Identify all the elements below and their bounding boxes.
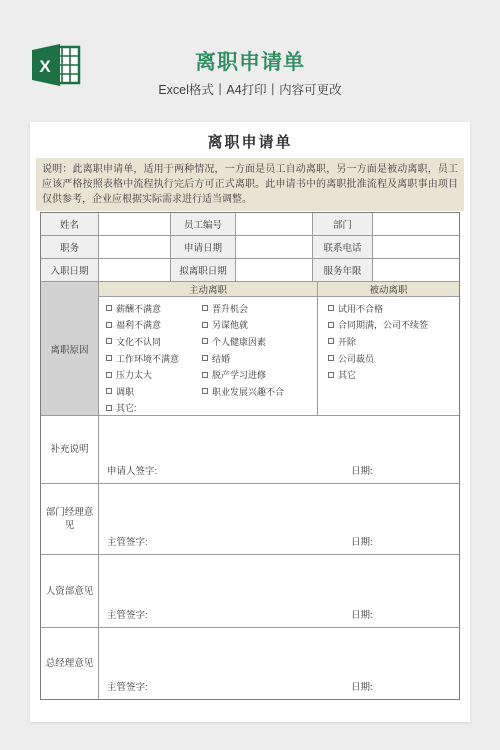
dept-manager-section: 部门经理意见 主管签字: 日期:	[41, 484, 459, 555]
field-value-hire-date[interactable]	[99, 259, 171, 281]
passive-reasons: 试用不合格 合同期满，公司不续签 开除 公司裁员 其它	[318, 297, 459, 416]
field-value-phone[interactable]	[373, 236, 459, 258]
reason-label: 压力太大	[116, 368, 152, 381]
reason-label: 晋升机会	[212, 302, 248, 315]
date-label: 日期:	[351, 679, 373, 693]
active-reasons: 薪酬不满意 福利不满意 文化不认同 工作环境不满意 压力太大 调职 其它: 晋升…	[99, 297, 318, 416]
reason-checkbox-layoff[interactable]: 公司裁员	[328, 350, 459, 367]
reason-checkbox-other-passive[interactable]: 其它	[328, 366, 459, 383]
supervisor-sign-label: 主管签字:	[107, 534, 148, 548]
field-label-hire-date: 入职日期	[41, 259, 99, 281]
info-row: 入职日期 拟离职日期 服务年限	[41, 259, 459, 282]
field-label-position: 职务	[41, 236, 99, 258]
dept-manager-comment-area[interactable]: 主管签字: 日期:	[99, 484, 459, 554]
passive-resign-header: 被动离职	[318, 282, 459, 296]
supervisor-sign-label: 主管签字:	[107, 607, 148, 621]
checkbox-icon	[328, 305, 334, 311]
checkbox-icon	[328, 355, 334, 361]
reason-label: 另谋他就	[212, 318, 248, 331]
reason-checkbox-salary[interactable]: 薪酬不满意	[106, 300, 201, 317]
page-header: X 离职申请单 Excel格式丨A4打印丨内容可更改	[0, 0, 500, 122]
resignation-form-table: 姓名 员工编号 部门 职务 申请日期 联系电话 入职日期 拟离职日期 服务年限 …	[40, 212, 460, 700]
checkbox-icon	[202, 322, 208, 328]
checkbox-icon	[202, 355, 208, 361]
reason-label: 工作环境不满意	[116, 352, 179, 365]
supplement-label: 补充说明	[41, 416, 99, 483]
checkbox-icon	[202, 388, 208, 394]
checkbox-icon	[106, 305, 112, 311]
reason-checkbox-environment[interactable]: 工作环境不满意	[106, 350, 201, 367]
checkbox-icon	[202, 338, 208, 344]
field-label-name: 姓名	[41, 213, 99, 235]
checkbox-icon	[106, 322, 112, 328]
applicant-sign-label: 申请人签字:	[107, 463, 157, 477]
hr-dept-section: 人资部意见 主管签字: 日期:	[41, 555, 459, 628]
reason-checkbox-dismissal[interactable]: 开除	[328, 333, 459, 350]
field-label-planned-leave-date: 拟离职日期	[171, 259, 236, 281]
form-title: 离职申请单	[30, 131, 470, 152]
field-value-employee-id[interactable]	[236, 213, 313, 235]
reason-checkbox-career-mismatch[interactable]: 职业发展兴趣不合	[202, 383, 317, 400]
date-label: 日期:	[351, 534, 373, 548]
reason-checkbox-other-active[interactable]: 其它:	[106, 400, 201, 417]
hr-dept-label: 人资部意见	[41, 555, 99, 627]
reason-label: 文化不认同	[116, 335, 161, 348]
general-manager-comment-area[interactable]: 主管签字: 日期:	[99, 628, 459, 699]
field-value-service-years[interactable]	[373, 259, 459, 281]
checkbox-icon	[328, 338, 334, 344]
reason-checkbox-contract-expire[interactable]: 合同期满，公司不续签	[328, 317, 459, 334]
supplement-comment-area[interactable]: 申请人签字: 日期:	[99, 416, 459, 483]
reason-checkbox-transfer[interactable]: 调职	[106, 383, 201, 400]
reason-label: 个人健康因素	[212, 335, 266, 348]
note-box: 说明：此离职申请单，适用于两种情况，一方面是员工自动离职，另一方面是被动离职，员…	[36, 158, 464, 211]
checkbox-icon	[328, 322, 334, 328]
field-value-apply-date[interactable]	[236, 236, 313, 258]
supervisor-sign-label: 主管签字:	[107, 679, 148, 693]
reason-label: 职业发展兴趣不合	[212, 385, 284, 398]
reason-checkbox-benefits[interactable]: 福利不满意	[106, 317, 201, 334]
checkbox-icon	[328, 372, 334, 378]
reason-checkbox-promotion[interactable]: 晋升机会	[202, 300, 317, 317]
checkbox-icon	[106, 338, 112, 344]
field-value-department[interactable]	[373, 213, 459, 235]
active-resign-header: 主动离职	[99, 282, 318, 296]
field-label-phone: 联系电话	[313, 236, 373, 258]
field-label-apply-date: 申请日期	[171, 236, 236, 258]
info-row: 姓名 员工编号 部门	[41, 213, 459, 236]
info-row: 职务 申请日期 联系电话	[41, 236, 459, 259]
hr-dept-comment-area[interactable]: 主管签字: 日期:	[99, 555, 459, 627]
reason-label: 其它:	[116, 401, 137, 414]
general-manager-label: 总经理意见	[41, 628, 99, 699]
reason-row-label: 离职原因	[41, 282, 99, 415]
reason-label: 试用不合格	[338, 302, 383, 315]
supplement-section: 补充说明 申请人签字: 日期:	[41, 416, 459, 484]
reason-label: 结婚	[212, 352, 230, 365]
reason-label: 调职	[116, 385, 134, 398]
checkbox-icon	[106, 355, 112, 361]
reason-label: 脱产学习进修	[212, 368, 266, 381]
checkbox-icon	[202, 305, 208, 311]
reason-label: 其它	[338, 368, 356, 381]
reason-label: 薪酬不满意	[116, 302, 161, 315]
reason-label: 福利不满意	[116, 318, 161, 331]
reason-label: 合同期满，公司不续签	[338, 318, 428, 331]
reason-checkbox-health[interactable]: 个人健康因素	[202, 333, 317, 350]
reason-checkbox-new-job[interactable]: 另谋他就	[202, 317, 317, 334]
field-value-name[interactable]	[99, 213, 171, 235]
field-label-department: 部门	[313, 213, 373, 235]
field-label-service-years: 服务年限	[313, 259, 373, 281]
reason-label: 公司裁员	[338, 352, 374, 365]
field-value-position[interactable]	[99, 236, 171, 258]
dept-manager-label: 部门经理意见	[41, 484, 99, 554]
date-label: 日期:	[351, 463, 373, 477]
checkbox-icon	[106, 405, 112, 411]
checkbox-icon	[202, 372, 208, 378]
reason-checkbox-culture[interactable]: 文化不认同	[106, 333, 201, 350]
reason-checkbox-probation-fail[interactable]: 试用不合格	[328, 300, 459, 317]
field-value-planned-leave-date[interactable]	[236, 259, 313, 281]
checkbox-icon	[106, 372, 112, 378]
general-manager-section: 总经理意见 主管签字: 日期:	[41, 628, 459, 699]
page-title: 离职申请单	[0, 46, 500, 76]
reason-label: 开除	[338, 335, 356, 348]
reason-checkbox-pressure[interactable]: 压力太大	[106, 366, 201, 383]
form-paper: 离职申请单 说明：此离职申请单，适用于两种情况，一方面是员工自动离职，另一方面是…	[30, 122, 470, 722]
page-subtitle: Excel格式丨A4打印丨内容可更改	[0, 80, 500, 98]
checkbox-icon	[106, 388, 112, 394]
date-label: 日期:	[351, 607, 373, 621]
reason-checkbox-study[interactable]: 脱产学习进修	[202, 366, 317, 383]
reason-section: 离职原因 主动离职 被动离职 薪酬不满意 福利不满意 文化不认同 工作环境不满意…	[41, 282, 459, 416]
field-label-employee-id: 员工编号	[171, 213, 236, 235]
reason-checkbox-marriage[interactable]: 结婚	[202, 350, 317, 367]
